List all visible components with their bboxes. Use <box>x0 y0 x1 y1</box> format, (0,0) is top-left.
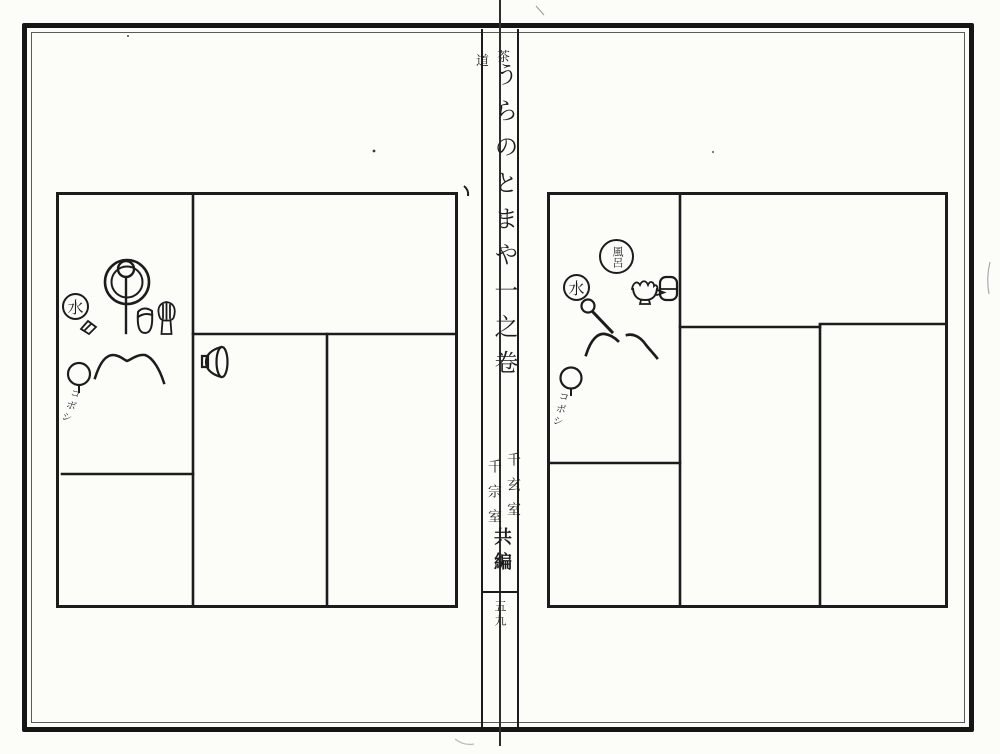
spine-rule-left <box>481 29 483 727</box>
chasen-whisk-icon <box>158 302 174 334</box>
left-floor-plan: 水 コボシ <box>56 192 458 609</box>
mound-line <box>95 355 164 383</box>
kama-kettle-icon <box>105 260 149 333</box>
furo-kanji: 風呂 <box>611 246 622 268</box>
mizusashi-jar-label: 水 <box>62 293 89 320</box>
mound-line <box>586 334 657 358</box>
right-floor-plan: 風呂 水 コボシ <box>547 192 948 609</box>
hishaku-ladle-icon <box>582 300 613 333</box>
spine-book-title: うらのとまや一之卷 <box>486 62 521 386</box>
spine-author-right: 千玄室 <box>502 452 522 527</box>
mizusashi-kanji: 水 <box>67 295 83 318</box>
fukusa-cloth-icon <box>81 321 96 334</box>
kensui-bowl-icon <box>202 347 228 377</box>
furo-brazier-label: 風呂 <box>599 239 634 274</box>
left-floor-plan-drawing <box>56 192 458 609</box>
spine-author-left: 千宗室 <box>483 459 503 534</box>
folio-divider-line <box>483 591 517 593</box>
chawan-bowl-icon <box>138 308 152 333</box>
book-page-scan: 茶 道 うらのとまや一之卷 千玄室 千宗室 共編 五九 <box>0 0 1000 754</box>
mizusashi-kanji: 水 <box>568 276 584 299</box>
left-room-outline <box>58 194 457 607</box>
spine-coeditor-label: 共編 <box>489 527 515 577</box>
mizusashi-jar-label: 水 <box>563 274 590 301</box>
natsume-caddy-icon <box>660 277 677 300</box>
folio-page-number: 五九 <box>492 600 509 628</box>
